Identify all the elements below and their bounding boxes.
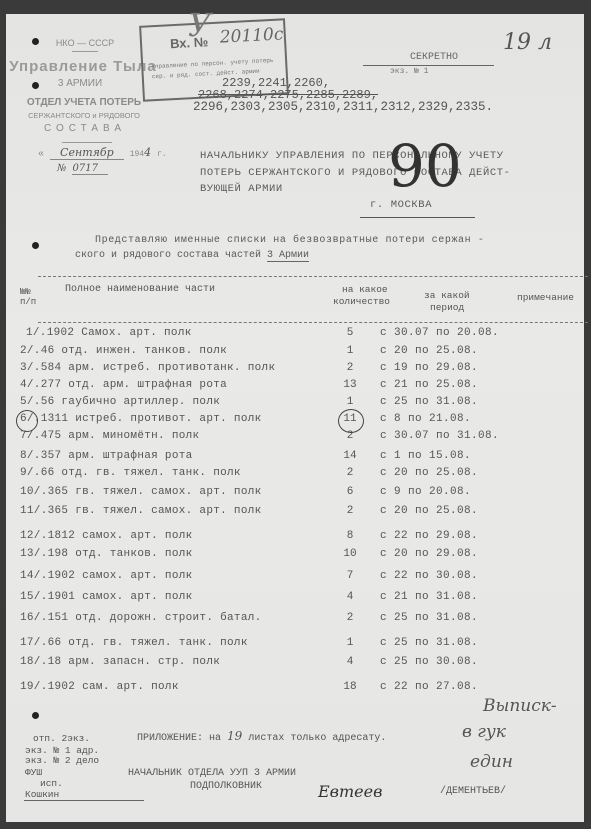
header-num: №№ п/п <box>20 287 44 307</box>
stamp-number: 20110с <box>219 24 284 47</box>
date-year: 194 <box>130 150 144 159</box>
table-row: 14/.1902 самох. арт. полк7с 22 по 30.08. <box>0 570 591 590</box>
table-row: 18/.18 арм. запасн. стр. полк4с 25 по 30… <box>0 656 591 676</box>
date-line: « Сентябр 1944 г. <box>38 146 167 160</box>
circle-mark-qty-11 <box>338 409 364 433</box>
signer-name: /ДЕМЕНТЬЕВ/ <box>440 786 506 797</box>
signer-title-2: ПОДПОЛКОВНИК <box>190 781 262 792</box>
divider <box>24 800 144 801</box>
dept-line-1: ОТДЕЛ УЧЕТА ПОТЕРЬ <box>14 97 154 108</box>
intro-army: 3 Армии <box>267 250 309 262</box>
org-main: Управление Тыла <box>8 58 158 75</box>
punch-hole <box>32 38 39 45</box>
table-row: 16/.151 отд. дорожн. строит. батал.2с 25… <box>0 612 591 632</box>
intro-line-2: ского и рядового состава частей 3 Армии <box>75 250 309 261</box>
punch-hole <box>32 82 39 89</box>
stamp-check-mark: У <box>188 6 211 44</box>
header-notes: примечание <box>517 292 574 303</box>
hand-note-3: един <box>470 752 513 772</box>
table-row: 9/.66 отд. гв. тяжел. танк. полк2с 20 по… <box>0 467 591 487</box>
attachment-label: ПРИЛОЖЕНИЕ: на <box>137 733 221 744</box>
date-year-hand: 4 <box>144 146 151 159</box>
header-period-2: период <box>430 302 464 313</box>
table-header-rule <box>38 322 588 323</box>
attachment-line: ПРИЛОЖЕНИЕ: на 19 листах только адресату… <box>137 729 386 744</box>
attachment-hand: 19 <box>227 729 242 743</box>
table-row: 17/.66 отд. гв. тяжел. танк. полк1с 25 п… <box>0 637 591 657</box>
army-name: 3 АРМИИ <box>40 78 120 89</box>
punch-hole <box>32 712 39 719</box>
circle-mark-row-6 <box>16 410 38 432</box>
header-qty-1: на какое <box>342 284 388 295</box>
table-row: 12/.1812 самох. арт. полк8с 22 по 29.08. <box>0 530 591 550</box>
signer-title-1: НАЧАЛЬНИК ОТДЕЛА УУП 3 АРМИИ <box>128 768 296 779</box>
addressee-line-3: ВУЮЩЕЙ АРМИИ <box>200 183 283 195</box>
addressee-line-2: ПОТЕРЬ СЕРЖАНТСКОГО И РЯДОВОГО СОСТАВА Д… <box>200 167 511 179</box>
dept-line-2: СЕРЖАНТСКОГО и РЯДОВОГО <box>14 111 154 120</box>
secret-label: СЕКРЕТНО <box>410 52 458 63</box>
table-row: 13/.198 отд. танков. полк10с 20 по 29.08… <box>0 548 591 568</box>
hand-number-90: 90 <box>388 132 462 200</box>
divider <box>62 142 112 143</box>
header-period-1: за какой <box>424 290 470 301</box>
print-info-3: экз. № 2 дело <box>25 755 99 766</box>
org-top: НКО — СССР <box>50 38 120 48</box>
sheet-count: 19 л <box>503 30 552 55</box>
divider <box>72 51 98 52</box>
punch-hole <box>32 242 39 249</box>
print-info-6: Кошкин <box>25 789 59 800</box>
table-row: 15/.1901 самох. арт. полк4с 21 по 31.08. <box>0 591 591 611</box>
print-info-4: ФУШ <box>25 767 42 778</box>
print-info-1: отп. 2экз. <box>33 733 90 744</box>
outgoing-number: № 0717 <box>57 163 108 175</box>
list-numbers-3: 2296,2303,2305,2310,2311,2312,2329,2335. <box>193 100 493 114</box>
divider <box>360 217 475 218</box>
copy-number: экз. № 1 <box>390 67 428 76</box>
divider <box>363 65 494 66</box>
intro-line-1: Представляю именные списки на безвозврат… <box>95 235 484 246</box>
header-qty-2: количество <box>333 296 390 307</box>
table-row: 11/.365 гв. тяжел. самох. арт. полк2с 20… <box>0 505 591 525</box>
hand-note-2: в гук <box>462 722 506 742</box>
date-month: Сентябр <box>50 146 124 160</box>
header-name: Полное наименование части <box>65 284 215 295</box>
table-top-rule <box>38 276 588 277</box>
addressee-city: г. МОСКВА <box>370 199 432 211</box>
table-row: 7/.475 арм. миномётн. полк2с 30.07 по 31… <box>0 430 591 450</box>
date-suffix: г. <box>157 150 167 159</box>
hand-note-1: Выписк- <box>483 696 557 716</box>
table-row: 10/.365 гв. тяжел. самох. арт. полк6с 9 … <box>0 486 591 506</box>
date-prefix: « <box>38 149 44 160</box>
attachment-text: листах только адресату. <box>248 733 386 744</box>
signature: Евтеев <box>318 782 382 801</box>
table-row: 1/.1902 Самох. арт. полк5с 30.07 по 20.0… <box>0 327 591 347</box>
number-prefix: № <box>57 163 66 174</box>
dept-line-3: СОСТАВА <box>30 123 140 134</box>
number-hand: 0717 <box>72 163 107 175</box>
intro-text: ского и рядового состава частей <box>75 250 261 261</box>
print-info-5: исп. <box>40 778 63 789</box>
